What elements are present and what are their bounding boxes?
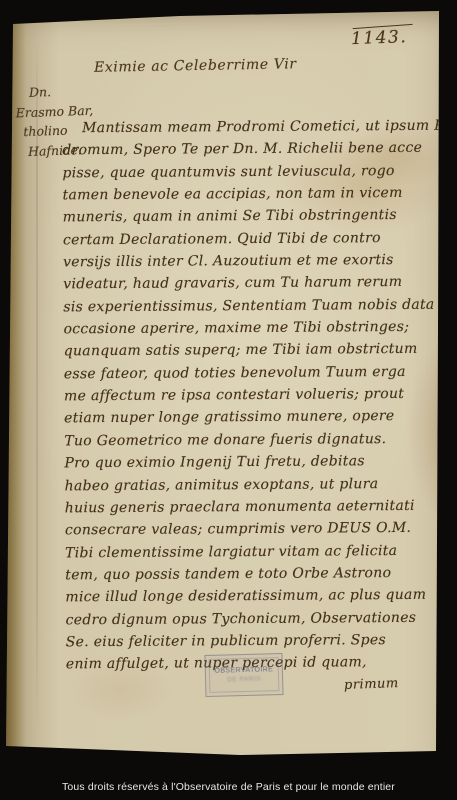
letter-body-line: tem, quo possis tandem e toto Orbe Astro… xyxy=(65,562,443,587)
letter-body-line: Mantissam meam Prodromi Cometici, ut ips… xyxy=(62,115,440,140)
rights-footer-bar: Tous droits réservés à l'Observatoire de… xyxy=(0,754,457,800)
letter-body-line: quanquam satis superq; me Tibi iam obstr… xyxy=(64,338,442,363)
letter-body-line: me affectum re ipsa contestari volueris;… xyxy=(64,383,442,408)
rights-footer-text: Tous droits réservés à l'Observatoire de… xyxy=(62,781,395,793)
manuscript-paper-sheet: 1143. Eximie ac Celeberrime Vir Dn. Eras… xyxy=(0,0,457,800)
letter-body-line: Se. eius feliciter in publicum proferri.… xyxy=(66,629,444,654)
letter-body-line: consecrare valeas; cumprimis vero DEUS O… xyxy=(65,517,443,542)
letter-body-line: muneris, quam in animi Se Tibi obstringe… xyxy=(63,204,441,229)
catchword: primum xyxy=(344,676,399,693)
stamp-text-top: OBSERVATOIRE xyxy=(214,666,273,675)
letter-body-line: occasione aperire, maxime me Tibi obstri… xyxy=(63,316,441,341)
letter-body: Mantissam meam Prodromi Cometici, ut ips… xyxy=(62,115,444,676)
letter-body-line: videatur, haud gravaris, cum Tu harum re… xyxy=(63,271,441,296)
letter-body-line: Pro quo eximio Ingenij Tui fretu, debita… xyxy=(64,450,442,475)
letter-salutation: Eximie ac Celeberrime Vir xyxy=(94,56,297,76)
letter-body-line: esse fateor, quod toties benevolum Tuum … xyxy=(64,360,442,385)
letter-body-line: etiam nuper longe gratissimo munere, ope… xyxy=(64,405,442,430)
letter-body-line: mice illud longe desideratissimum, ac pl… xyxy=(65,584,443,609)
letter-body-line: pisse, quae quantumvis sunt leviuscula, … xyxy=(62,159,440,184)
letter-body-line: Tibi clementissime largiatur vitam ac fe… xyxy=(65,539,443,564)
letter-body-line: versijs illis inter Cl. Auzoutium et me … xyxy=(63,249,441,274)
letter-body-line: Tuo Geometrico me donare fueris dignatus… xyxy=(64,427,442,452)
letter-body-line: huius generis praeclara monumenta aetern… xyxy=(65,495,443,520)
letter-body-line: sis experientissimus, Sententiam Tuam no… xyxy=(63,293,441,318)
letter-body-line: tamen benevole ea accipias, non tam in v… xyxy=(63,182,441,207)
margin-note-line: Dn. xyxy=(29,81,93,103)
letter-body-line: cedro dignum opus Tychonicum, Observatio… xyxy=(65,606,443,631)
folio-number: 1143. xyxy=(351,25,414,49)
observatoire-archive-stamp: OBSERVATOIRE DE PARIS xyxy=(204,653,283,697)
manuscript-scan-page: 1143. Eximie ac Celeberrime Vir Dn. Eras… xyxy=(0,0,457,800)
letter-body-line: habeo gratias, animitus exoptans, ut plu… xyxy=(65,472,443,497)
letter-body-line: certam Declarationem. Quid Tibi de contr… xyxy=(63,226,441,251)
folio-number-value: 1143. xyxy=(351,27,414,49)
letter-body-line: dromum, Spero Te per Dn. M. Richelii ben… xyxy=(62,137,440,162)
stamp-text-bottom: DE PARIS xyxy=(227,676,261,684)
